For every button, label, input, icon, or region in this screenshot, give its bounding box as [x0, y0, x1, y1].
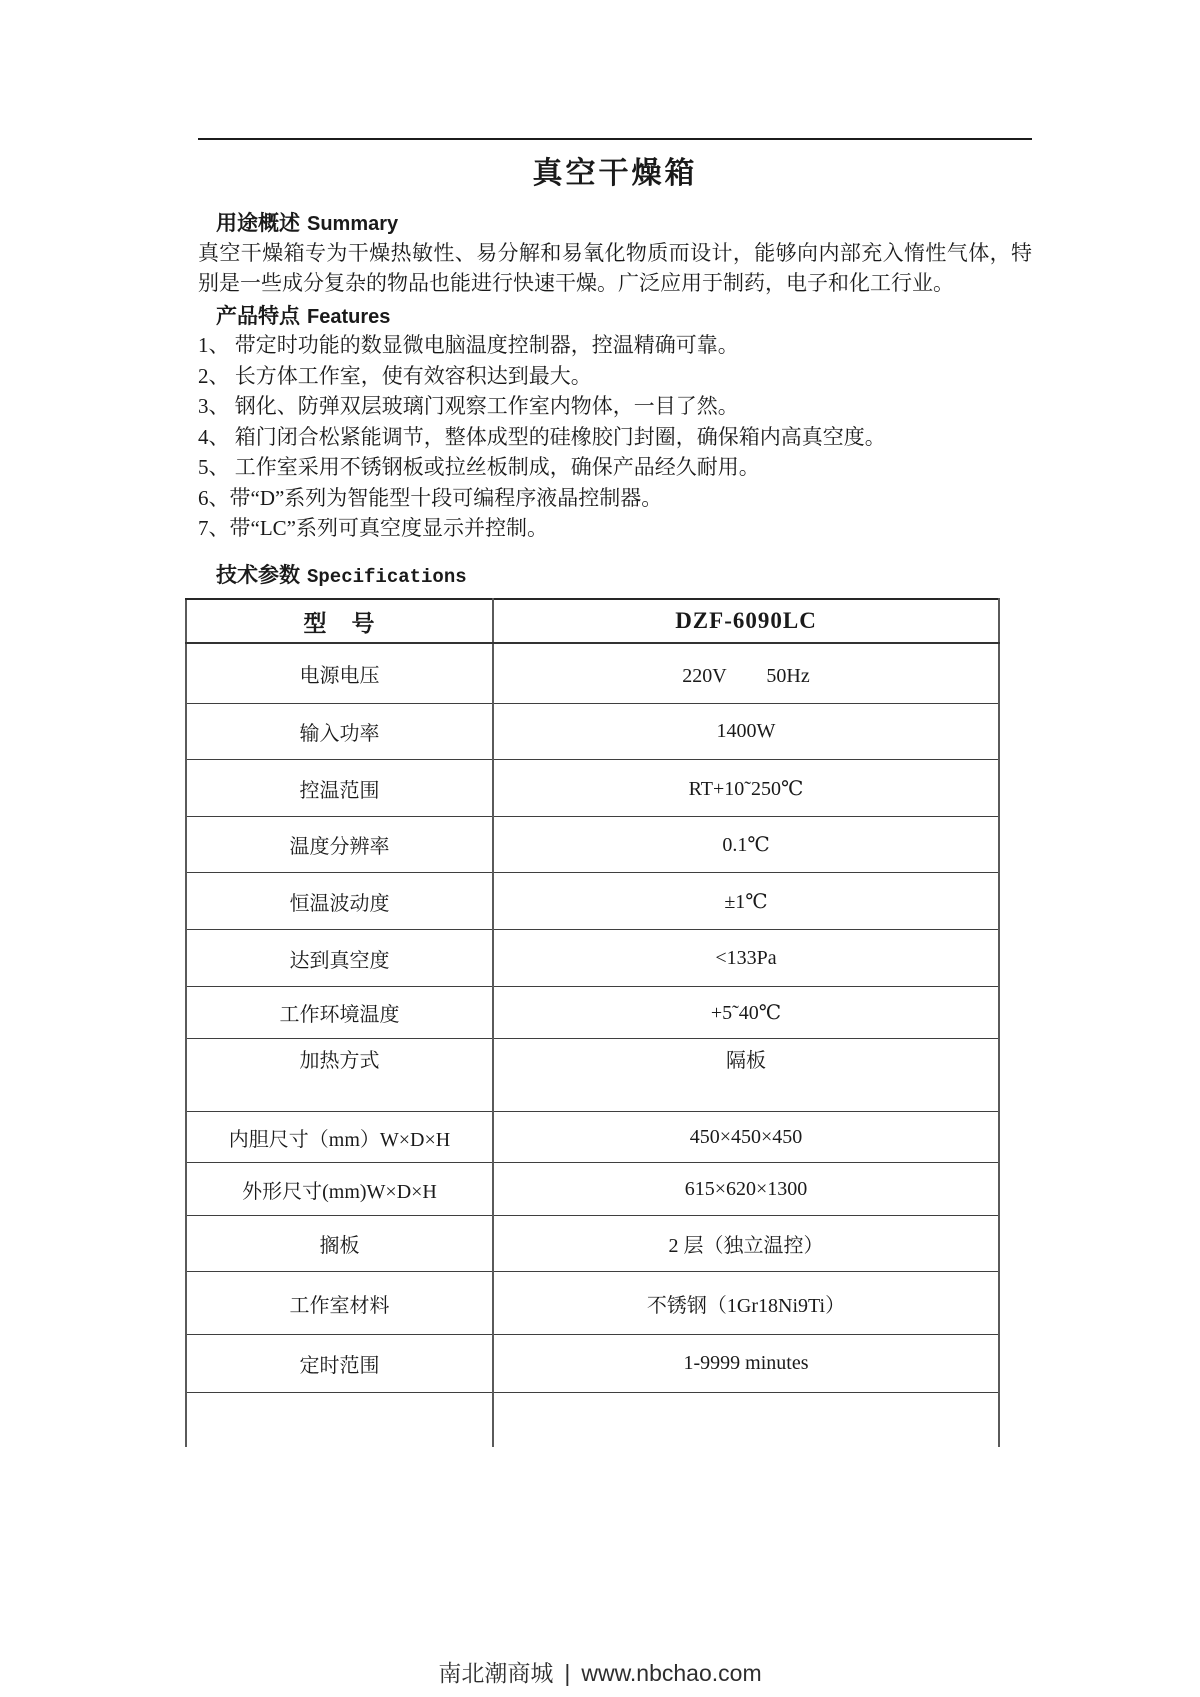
- spec-label-cell: 达到真空度: [186, 930, 493, 987]
- specs-heading: 技术参数Specifications: [216, 559, 467, 589]
- spec-value-cell: 隔板: [493, 1039, 999, 1112]
- top-rule-divider: [198, 138, 1032, 140]
- spec-row: 加热方式 隔板: [186, 1039, 999, 1112]
- spec-label-cell: 恒温波动度: [186, 873, 493, 930]
- spec-value-cell: ±1℃: [493, 873, 999, 930]
- spec-value-cell: [493, 1393, 999, 1448]
- features-heading-zh: 产品特点: [216, 304, 300, 328]
- spec-value-cell: 220V 50Hz: [493, 643, 999, 704]
- spec-label-cell: 温度分辨率: [186, 817, 493, 873]
- spec-label-cell: 控温范围: [186, 760, 493, 817]
- spec-header-row: 型 号 DZF-6090LC: [186, 599, 999, 643]
- feature-item: 3、 钢化、防弹双层玻璃门观察工作室内物体，一目了然。: [198, 391, 1038, 422]
- spec-row: 工作环境温度 +5˜40℃: [186, 987, 999, 1039]
- spec-value-cell: 615×620×1300: [493, 1163, 999, 1216]
- features-heading-en: Features: [307, 306, 390, 328]
- footer-separator: |: [564, 1660, 570, 1686]
- spec-label-cell: 输入功率: [186, 704, 493, 760]
- feature-item: 4、 箱门闭合松紧能调节，整体成型的硅橡胶门封圈，确保箱内高真空度。: [198, 422, 1038, 453]
- spec-value-cell: +5˜40℃: [493, 987, 999, 1039]
- feature-item: 2、 长方体工作室，使有效容积达到最大。: [198, 361, 1038, 392]
- spec-row: 恒温波动度 ±1℃: [186, 873, 999, 930]
- spec-label-cell: 外形尺寸(mm)W×D×H: [186, 1163, 493, 1216]
- footer: 南北潮商城|www.nbchao.com: [0, 1655, 1200, 1688]
- spec-label-cell: [186, 1393, 493, 1448]
- summary-line-1: 真空干燥箱专为干燥热敏性、易分解和易氧化物质而设计，能够向内部充入惰性气体，特: [198, 238, 1032, 268]
- spec-label-cell: 定时范围: [186, 1335, 493, 1393]
- specs-heading-zh: 技术参数: [216, 563, 300, 587]
- footer-site-url[interactable]: www.nbchao.com: [581, 1660, 761, 1686]
- spec-row: 搁板 2 层（独立温控）: [186, 1216, 999, 1272]
- summary-paragraph: 真空干燥箱专为干燥热敏性、易分解和易氧化物质而设计，能够向内部充入惰性气体，特 …: [198, 238, 1032, 298]
- page-title: 真空干燥箱: [198, 148, 1032, 192]
- spec-row: 工作室材料 不锈钢（1Gr18Ni9Ti）: [186, 1272, 999, 1335]
- spec-label-cell: 搁板: [186, 1216, 493, 1272]
- spec-row: 输入功率 1400W: [186, 704, 999, 760]
- summary-heading: 用途概述Summary: [216, 207, 398, 237]
- specs-heading-en: Specifications: [307, 566, 467, 588]
- spec-value-cell: 不锈钢（1Gr18Ni9Ti）: [493, 1272, 999, 1335]
- spec-value-cell: 0.1℃: [493, 817, 999, 873]
- spec-row: 定时范围 1-9999 minutes: [186, 1335, 999, 1393]
- feature-item: 1、 带定时功能的数显微电脑温度控制器，控温精确可靠。: [198, 330, 1038, 361]
- spec-value-cell: 1-9999 minutes: [493, 1335, 999, 1393]
- spec-value-cell: 450×450×450: [493, 1112, 999, 1163]
- model-label-cell: 型 号: [186, 599, 493, 643]
- summary-line-2: 别是一些成分复杂的物品也能进行快速干燥。广泛应用于制药，电子和化工行业。: [198, 268, 1032, 298]
- spec-value-cell: 2 层（独立温控）: [493, 1216, 999, 1272]
- spec-row: 电源电压 220V 50Hz: [186, 643, 999, 704]
- summary-heading-en: Summary: [307, 213, 398, 235]
- spec-row: 内胆尺寸（mm）W×D×H 450×450×450: [186, 1112, 999, 1163]
- features-list: 1、 带定时功能的数显微电脑温度控制器，控温精确可靠。 2、 长方体工作室，使有…: [198, 330, 1038, 544]
- spec-label-cell: 加热方式: [186, 1039, 493, 1112]
- model-value-cell: DZF-6090LC: [493, 599, 999, 643]
- specs-table: 型 号 DZF-6090LC 电源电压 220V 50Hz 输入功率 1400W…: [185, 598, 1000, 1447]
- feature-item: 6、带“D”系列为智能型十段可编程序液晶控制器。: [198, 483, 1038, 514]
- spec-value-cell: 1400W: [493, 704, 999, 760]
- feature-item: 7、带“LC”系列可真空度显示并控制。: [198, 513, 1038, 544]
- spec-row: 控温范围 RT+10˜250℃: [186, 760, 999, 817]
- document-page: 真空干燥箱 用途概述Summary 真空干燥箱专为干燥热敏性、易分解和易氧化物质…: [0, 0, 1200, 1697]
- spec-row: 温度分辨率 0.1℃: [186, 817, 999, 873]
- footer-site-name: 南北潮商城: [438, 1660, 553, 1686]
- spec-label-cell: 工作环境温度: [186, 987, 493, 1039]
- spec-label-cell: 工作室材料: [186, 1272, 493, 1335]
- feature-item: 5、 工作室采用不锈钢板或拉丝板制成，确保产品经久耐用。: [198, 452, 1038, 483]
- spec-value-cell: <133Pa: [493, 930, 999, 987]
- summary-heading-zh: 用途概述: [216, 211, 300, 235]
- spec-label-cell: 电源电压: [186, 643, 493, 704]
- spec-value-cell: RT+10˜250℃: [493, 760, 999, 817]
- spec-row: 达到真空度 <133Pa: [186, 930, 999, 987]
- features-heading: 产品特点Features: [216, 300, 390, 330]
- spec-row: [186, 1393, 999, 1448]
- spec-label-cell: 内胆尺寸（mm）W×D×H: [186, 1112, 493, 1163]
- spec-row: 外形尺寸(mm)W×D×H 615×620×1300: [186, 1163, 999, 1216]
